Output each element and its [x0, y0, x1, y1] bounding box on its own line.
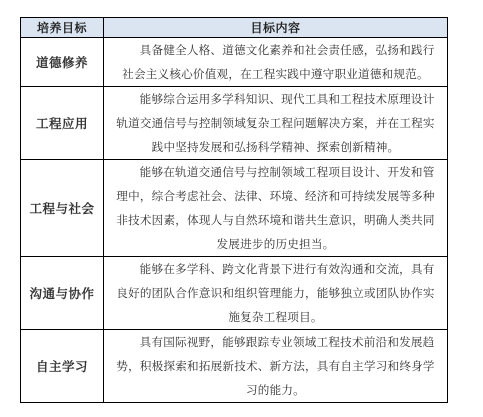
goal-label: 道德修养 [21, 38, 104, 87]
table-row: 工程与社会 能够在轨道交通信号与控制领域工程项目设计、开发和管理中，综合考虑社会… [21, 160, 448, 257]
table-row: 道德修养 具备健全人格、道德文化素养和社会责任感，弘扬和践行社会主义核心价值观，… [21, 38, 448, 87]
goal-content-text: 能够在轨道交通信号与控制领域工程项目设计、开发和管理中，综合考虑社会、法律、环境… [112, 160, 439, 256]
table-header-row: 培养目标 目标内容 [21, 18, 448, 38]
goal-label: 工程应用 [21, 87, 104, 160]
goal-label: 沟通与协作 [21, 257, 104, 330]
goal-content-text: 具有国际视野，能够跟踪专业领域工程技术前沿和发展趋势，积极探索和拓展新技术、新方… [112, 330, 439, 402]
goal-label: 工程与社会 [21, 160, 104, 257]
goal-content-cell: 具备健全人格、道德文化素养和社会责任感，弘扬和践行社会主义核心价值观，在工程实践… [104, 38, 448, 87]
goal-content-text: 能够在多学科、跨文化背景下进行有效沟通和交流，具有良好的团队合作意识和组织管理能… [112, 257, 439, 329]
goal-content-text: 能够综合运用多学科知识、现代工具和工程技术原理设计轨道交通信号与控制领域复杂工程… [112, 87, 439, 159]
goal-content-cell: 能够在多学科、跨文化背景下进行有效沟通和交流，具有良好的团队合作意识和组织管理能… [104, 257, 448, 330]
table-row: 沟通与协作 能够在多学科、跨文化背景下进行有效沟通和交流，具有良好的团队合作意识… [21, 257, 448, 330]
goal-label: 自主学习 [21, 330, 104, 403]
table-row: 自主学习 具有国际视野，能够跟踪专业领域工程技术前沿和发展趋势，积极探索和拓展新… [21, 330, 448, 403]
header-content: 目标内容 [104, 18, 448, 38]
goal-content-cell: 具有国际视野，能够跟踪专业领域工程技术前沿和发展趋势，积极探索和拓展新技术、新方… [104, 330, 448, 403]
goal-content-cell: 能够综合运用多学科知识、现代工具和工程技术原理设计轨道交通信号与控制领域复杂工程… [104, 87, 448, 160]
goal-content-text: 具备健全人格、道德文化素养和社会责任感，弘扬和践行社会主义核心价值观，在工程实践… [112, 38, 439, 86]
header-goal: 培养目标 [21, 18, 104, 38]
training-goals-table: 培养目标 目标内容 道德修养 具备健全人格、道德文化素养和社会责任感，弘扬和践行… [20, 17, 448, 403]
table-row: 工程应用 能够综合运用多学科知识、现代工具和工程技术原理设计轨道交通信号与控制领… [21, 87, 448, 160]
goal-content-cell: 能够在轨道交通信号与控制领域工程项目设计、开发和管理中，综合考虑社会、法律、环境… [104, 160, 448, 257]
